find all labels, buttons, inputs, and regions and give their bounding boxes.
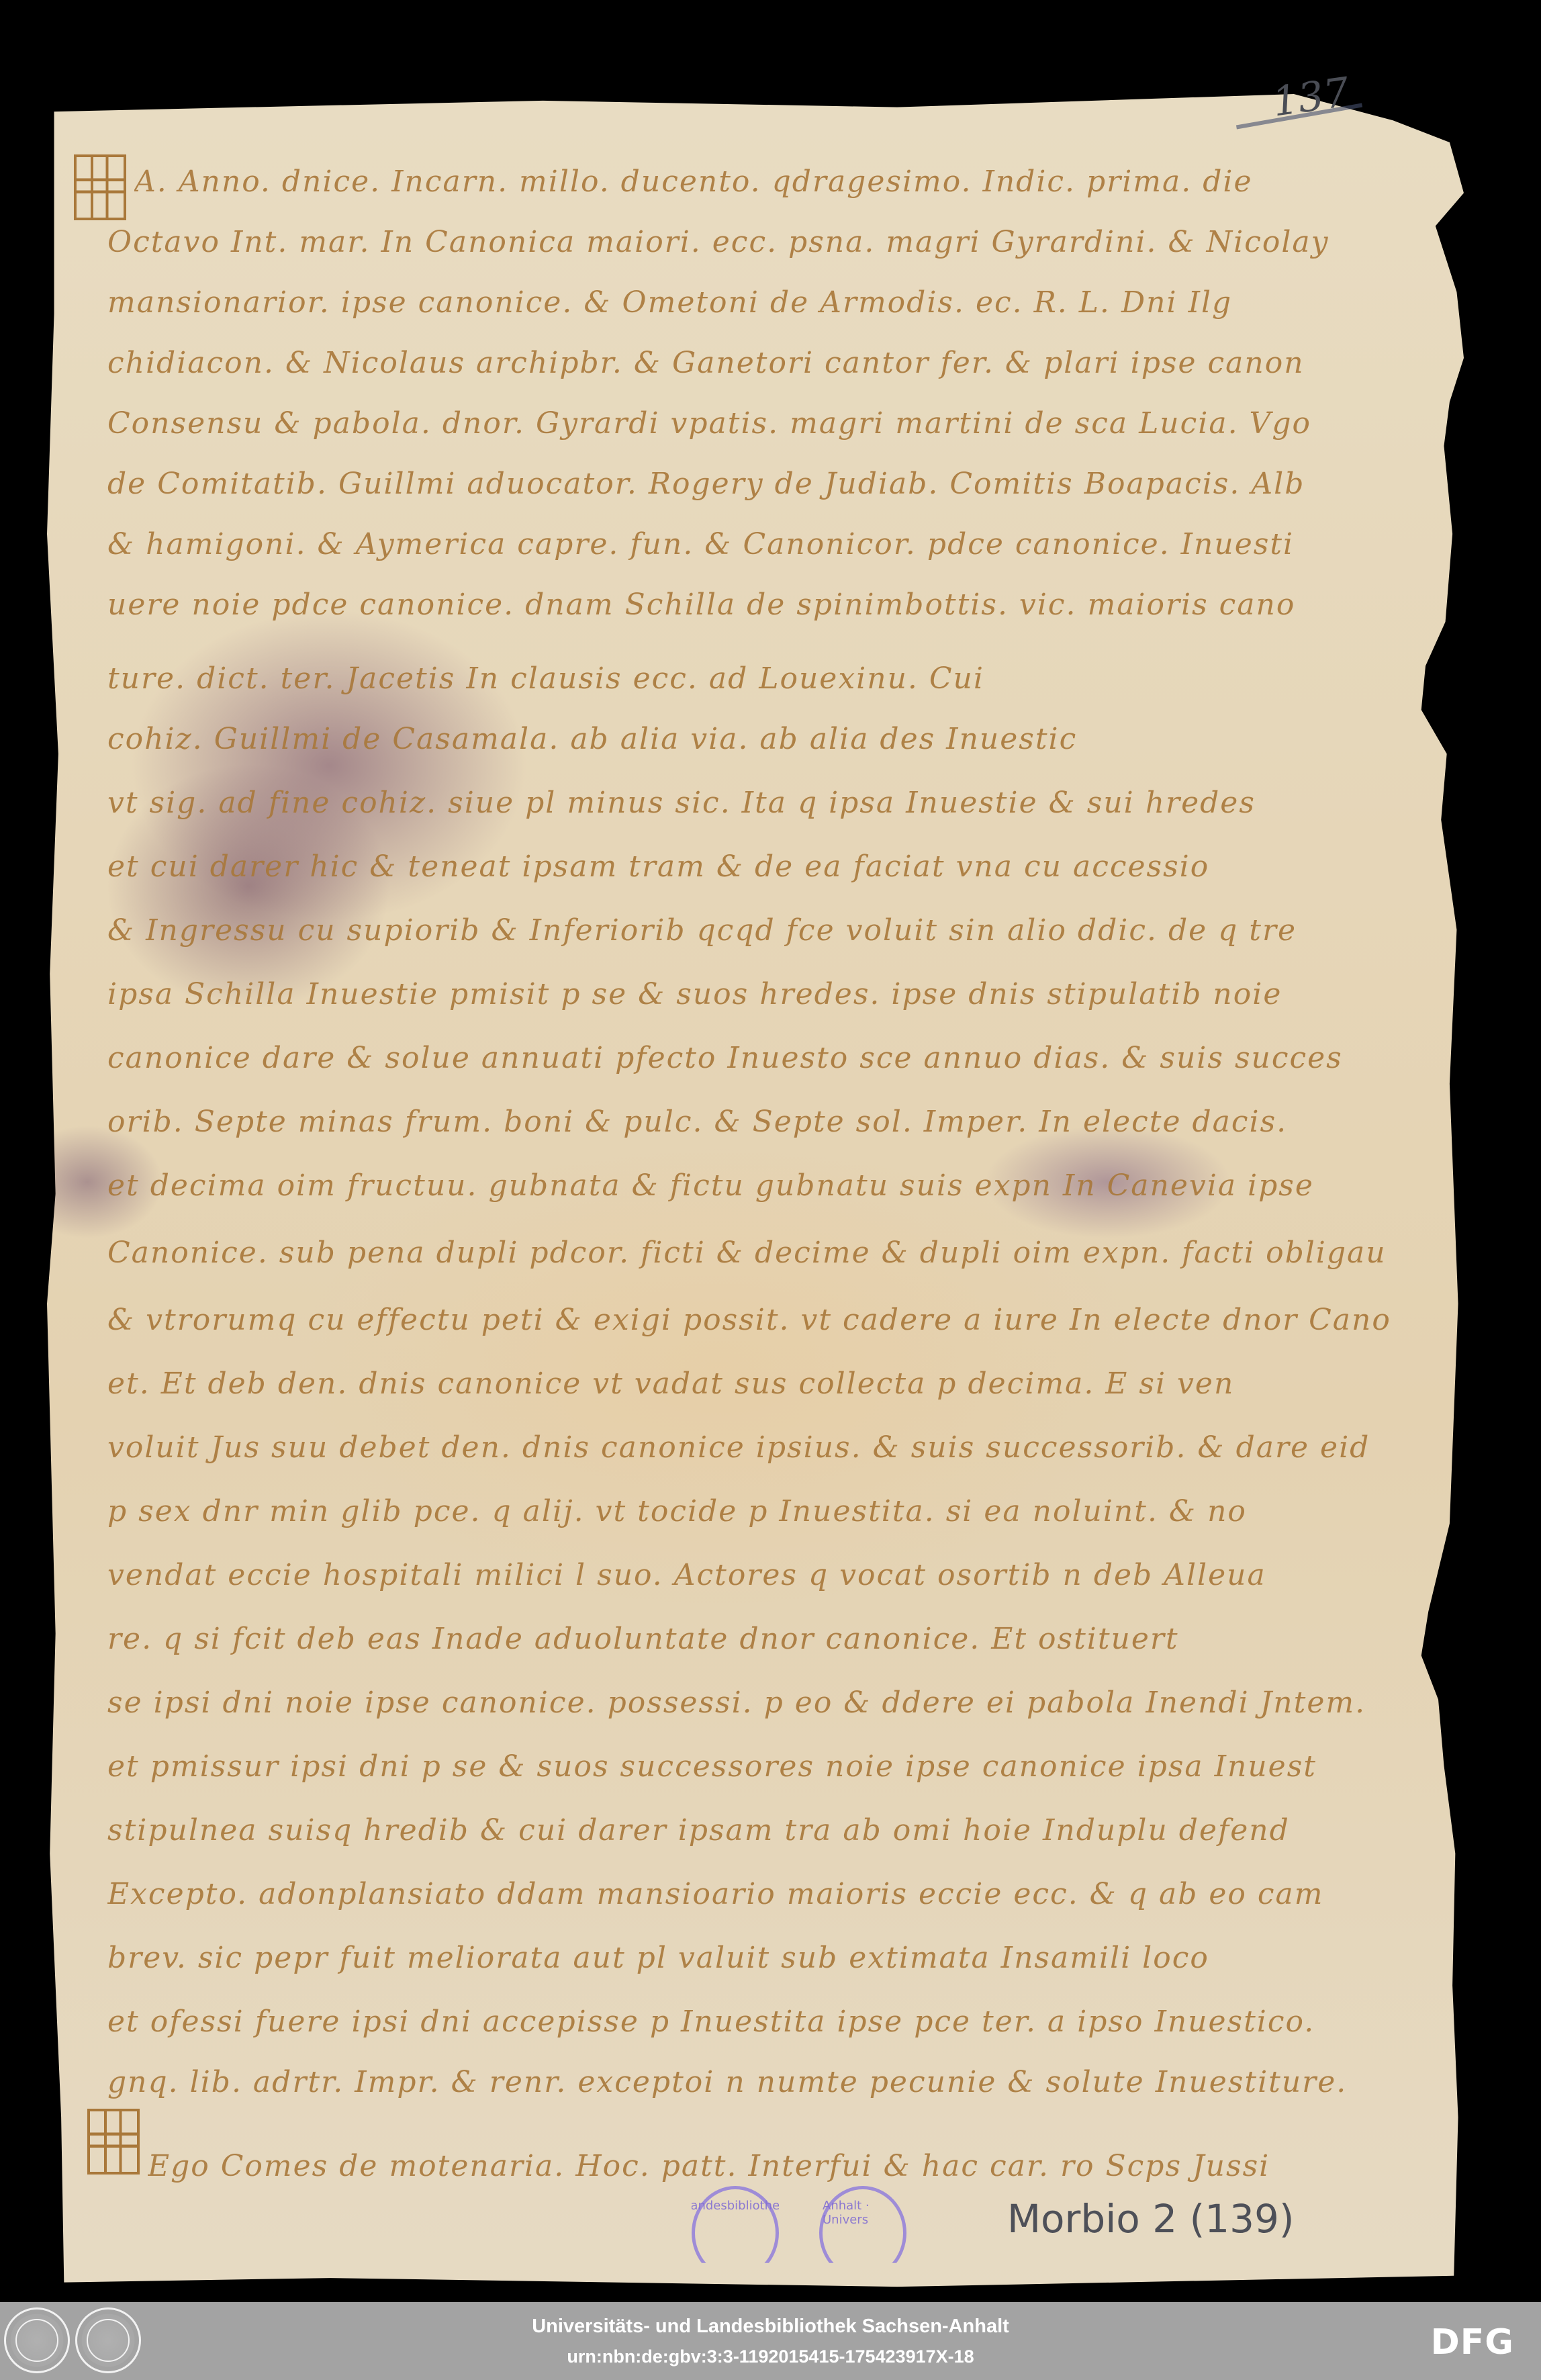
charter-line: chidiacon. & Nicolaus archipbr. & Ganeto… xyxy=(107,346,1423,393)
charter-line: Canonice. sub pena dupli pdcor. ficti & … xyxy=(107,1236,1423,1283)
charter-line: et cui darer hic & teneat ipsam tram & d… xyxy=(107,850,1423,897)
charter-line: et pmissur ipsi dni p se & suos successo… xyxy=(107,1749,1423,1796)
call-number: Morbio 2 (139) xyxy=(1007,2196,1295,2242)
charter-line: stipulnea suisq hredib & cui darer ipsam… xyxy=(107,1813,1423,1860)
notarial-signum-bottom xyxy=(87,2109,140,2175)
charter-line: et ofessi fuere ipsi dni accepisse p Inu… xyxy=(107,2005,1423,2052)
charter-line: canonice dare & solue annuati pfecto Inu… xyxy=(107,1041,1423,1088)
urn-identifier: urn:nbn:de:gbv:3:3-1192015415-175423917X… xyxy=(0,2346,1541,2367)
charter-line: et. Et deb den. dnis canonice vt vadat s… xyxy=(107,1367,1423,1414)
charter-line: cohiz. Guillmi de Casamala. ab alia via.… xyxy=(107,722,1423,769)
subscription-line: Ego Comes de motenaria. Hoc. patt. Inter… xyxy=(148,2149,1423,2196)
charter-line: vendat eccie hospitali milici l suo. Act… xyxy=(107,1558,1423,1605)
charter-line: re. q si fcit deb eas Inade aduoluntate … xyxy=(107,1622,1423,1669)
charter-line: A. Anno. dnice. Incarn. millo. ducento. … xyxy=(134,165,1423,212)
charter-line: Octavo Int. mar. In Canonica maiori. ecc… xyxy=(107,225,1423,272)
charter-line: p sex dnr min glib pce. q alij. vt tocid… xyxy=(107,1494,1423,1541)
parchment-sheet: A. Anno. dnice. Incarn. millo. ducento. … xyxy=(47,94,1464,2293)
charter-line: Consensu & pabola. dnor. Gyrardi vpatis.… xyxy=(107,406,1423,453)
charter-line: de Comitatib. Guillmi aduocator. Rogery … xyxy=(107,467,1423,514)
charter-line: gnq. lib. adrtr. Impr. & renr. exceptoi … xyxy=(107,2065,1423,2112)
charter-line: brev. sic pepr fuit meliorata aut pl val… xyxy=(107,1941,1423,1988)
charter-line: orib. Septe minas frum. boni & pulc. & S… xyxy=(107,1105,1423,1152)
charter-line: & hamigoni. & Aymerica capre. fun. & Can… xyxy=(107,527,1423,574)
charter-line: et decima oim fructuu. gubnata & fictu g… xyxy=(107,1169,1423,1216)
charter-line: se ipsi dni noie ipse canonice. possessi… xyxy=(107,1686,1423,1733)
dfg-logo: DFG xyxy=(1431,2322,1514,2363)
image-viewer: A. Anno. dnice. Incarn. millo. ducento. … xyxy=(0,0,1541,2302)
charter-line: Excepto. adonplansiato ddam mansioario m… xyxy=(107,1877,1423,1924)
institution-name: Universitäts- und Landesbibliothek Sachs… xyxy=(0,2316,1541,2338)
charter-line: & vtrorumq cu effectu peti & exigi possi… xyxy=(107,1303,1423,1350)
charter-line: ipsa Schilla Inuestie pmisit p se & suos… xyxy=(107,977,1423,1024)
charter-line: mansionarior. ipse canonice. & Ometoni d… xyxy=(107,285,1423,332)
notarial-signum-top xyxy=(74,154,126,220)
charter-line: ture. dict. ter. Jacetis In clausis ecc.… xyxy=(107,661,1423,708)
footer-bar: Universitäts- und Landesbibliothek Sachs… xyxy=(0,2302,1541,2380)
charter-line: voluit Jus suu debet den. dnis canonice … xyxy=(107,1430,1423,1477)
charter-line: & Ingressu cu supiorib & Inferiorib qcqd… xyxy=(107,913,1423,960)
charter-line: uere noie pdce canonice. dnam Schilla de… xyxy=(107,588,1423,635)
charter-line: vt sig. ad fine cohiz. siue pl minus sic… xyxy=(107,786,1423,833)
